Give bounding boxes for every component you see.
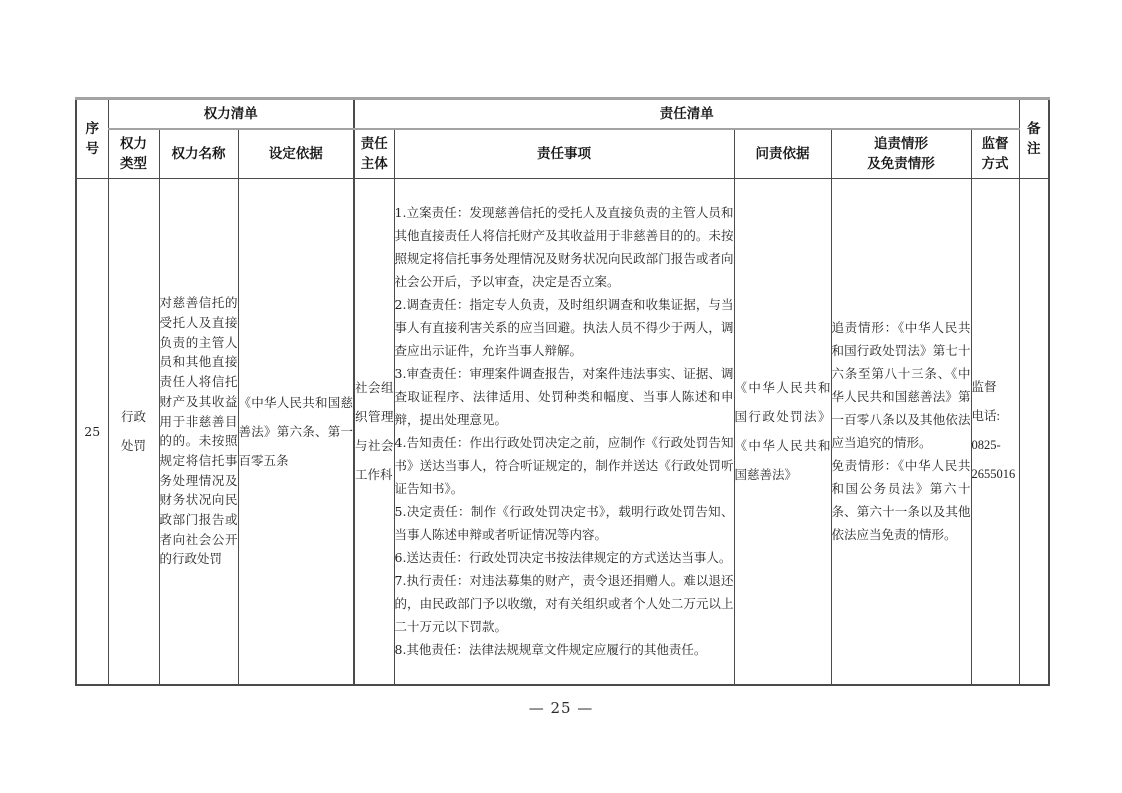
col-header-accountability-basis: 问责依据 [734,129,831,179]
col-header-pursuit-situations: 追责情形 及免责情形 [831,129,971,179]
col-header-supervision-method: 监督 方式 [971,129,1019,179]
cell-duty-subject: 社会组织管理与社会工作科 [354,179,394,685]
cell-duty-items: 1.立案责任：发现慈善信托的受托人及直接负责的主管人员和其他直接责任人将信托财产… [394,179,734,685]
col-header-duty-subject: 责任 主体 [354,129,394,179]
cell-pursuit-situations: 追责情形：《中华人民共和国行政处罚法》第七十六条至第八十三条、《中华人民共和国慈… [831,179,971,685]
cell-power-type: 行政 处罚 [108,179,159,685]
cell-power-name: 对慈善信托的受托人及直接负责的主管人员和其他直接责任人将信托财产及其收益用于非慈… [159,179,238,685]
col-group-power-list: 权力清单 [108,99,354,130]
col-header-power-name: 权力名称 [159,129,238,179]
document-page: 序 号 权力清单 责任清单 备 注 权力 类型 权力名称 设定依据 责任 主体 … [0,0,1122,793]
col-header-serial: 序 号 [76,99,108,179]
cell-accountability-basis: 《中华人民共和国行政处罚法》《中华人民共和国慈善法》 [734,179,831,685]
cell-setting-basis: 《中华人民共和国慈善法》第六条、第一百零五条 [238,179,354,685]
col-header-remark: 备 注 [1019,99,1049,179]
col-header-setting-basis: 设定依据 [238,129,354,179]
table-row: 25 行政 处罚 对慈善信托的受托人及直接负责的主管人员和其他直接责任人将信托财… [76,179,1049,685]
cell-serial-number: 25 [76,179,108,685]
power-duty-list-table: 序 号 权力清单 责任清单 备 注 权力 类型 权力名称 设定依据 责任 主体 … [75,97,1050,686]
page-number: — 25 — [0,699,1122,717]
col-group-duty-list: 责任清单 [354,99,1019,130]
cell-remark [1019,179,1049,685]
col-header-power-type: 权力 类型 [108,129,159,179]
col-header-duty-items: 责任事项 [394,129,734,179]
cell-supervision-method: 监督 电话: 0825- 2655016 [971,179,1019,685]
